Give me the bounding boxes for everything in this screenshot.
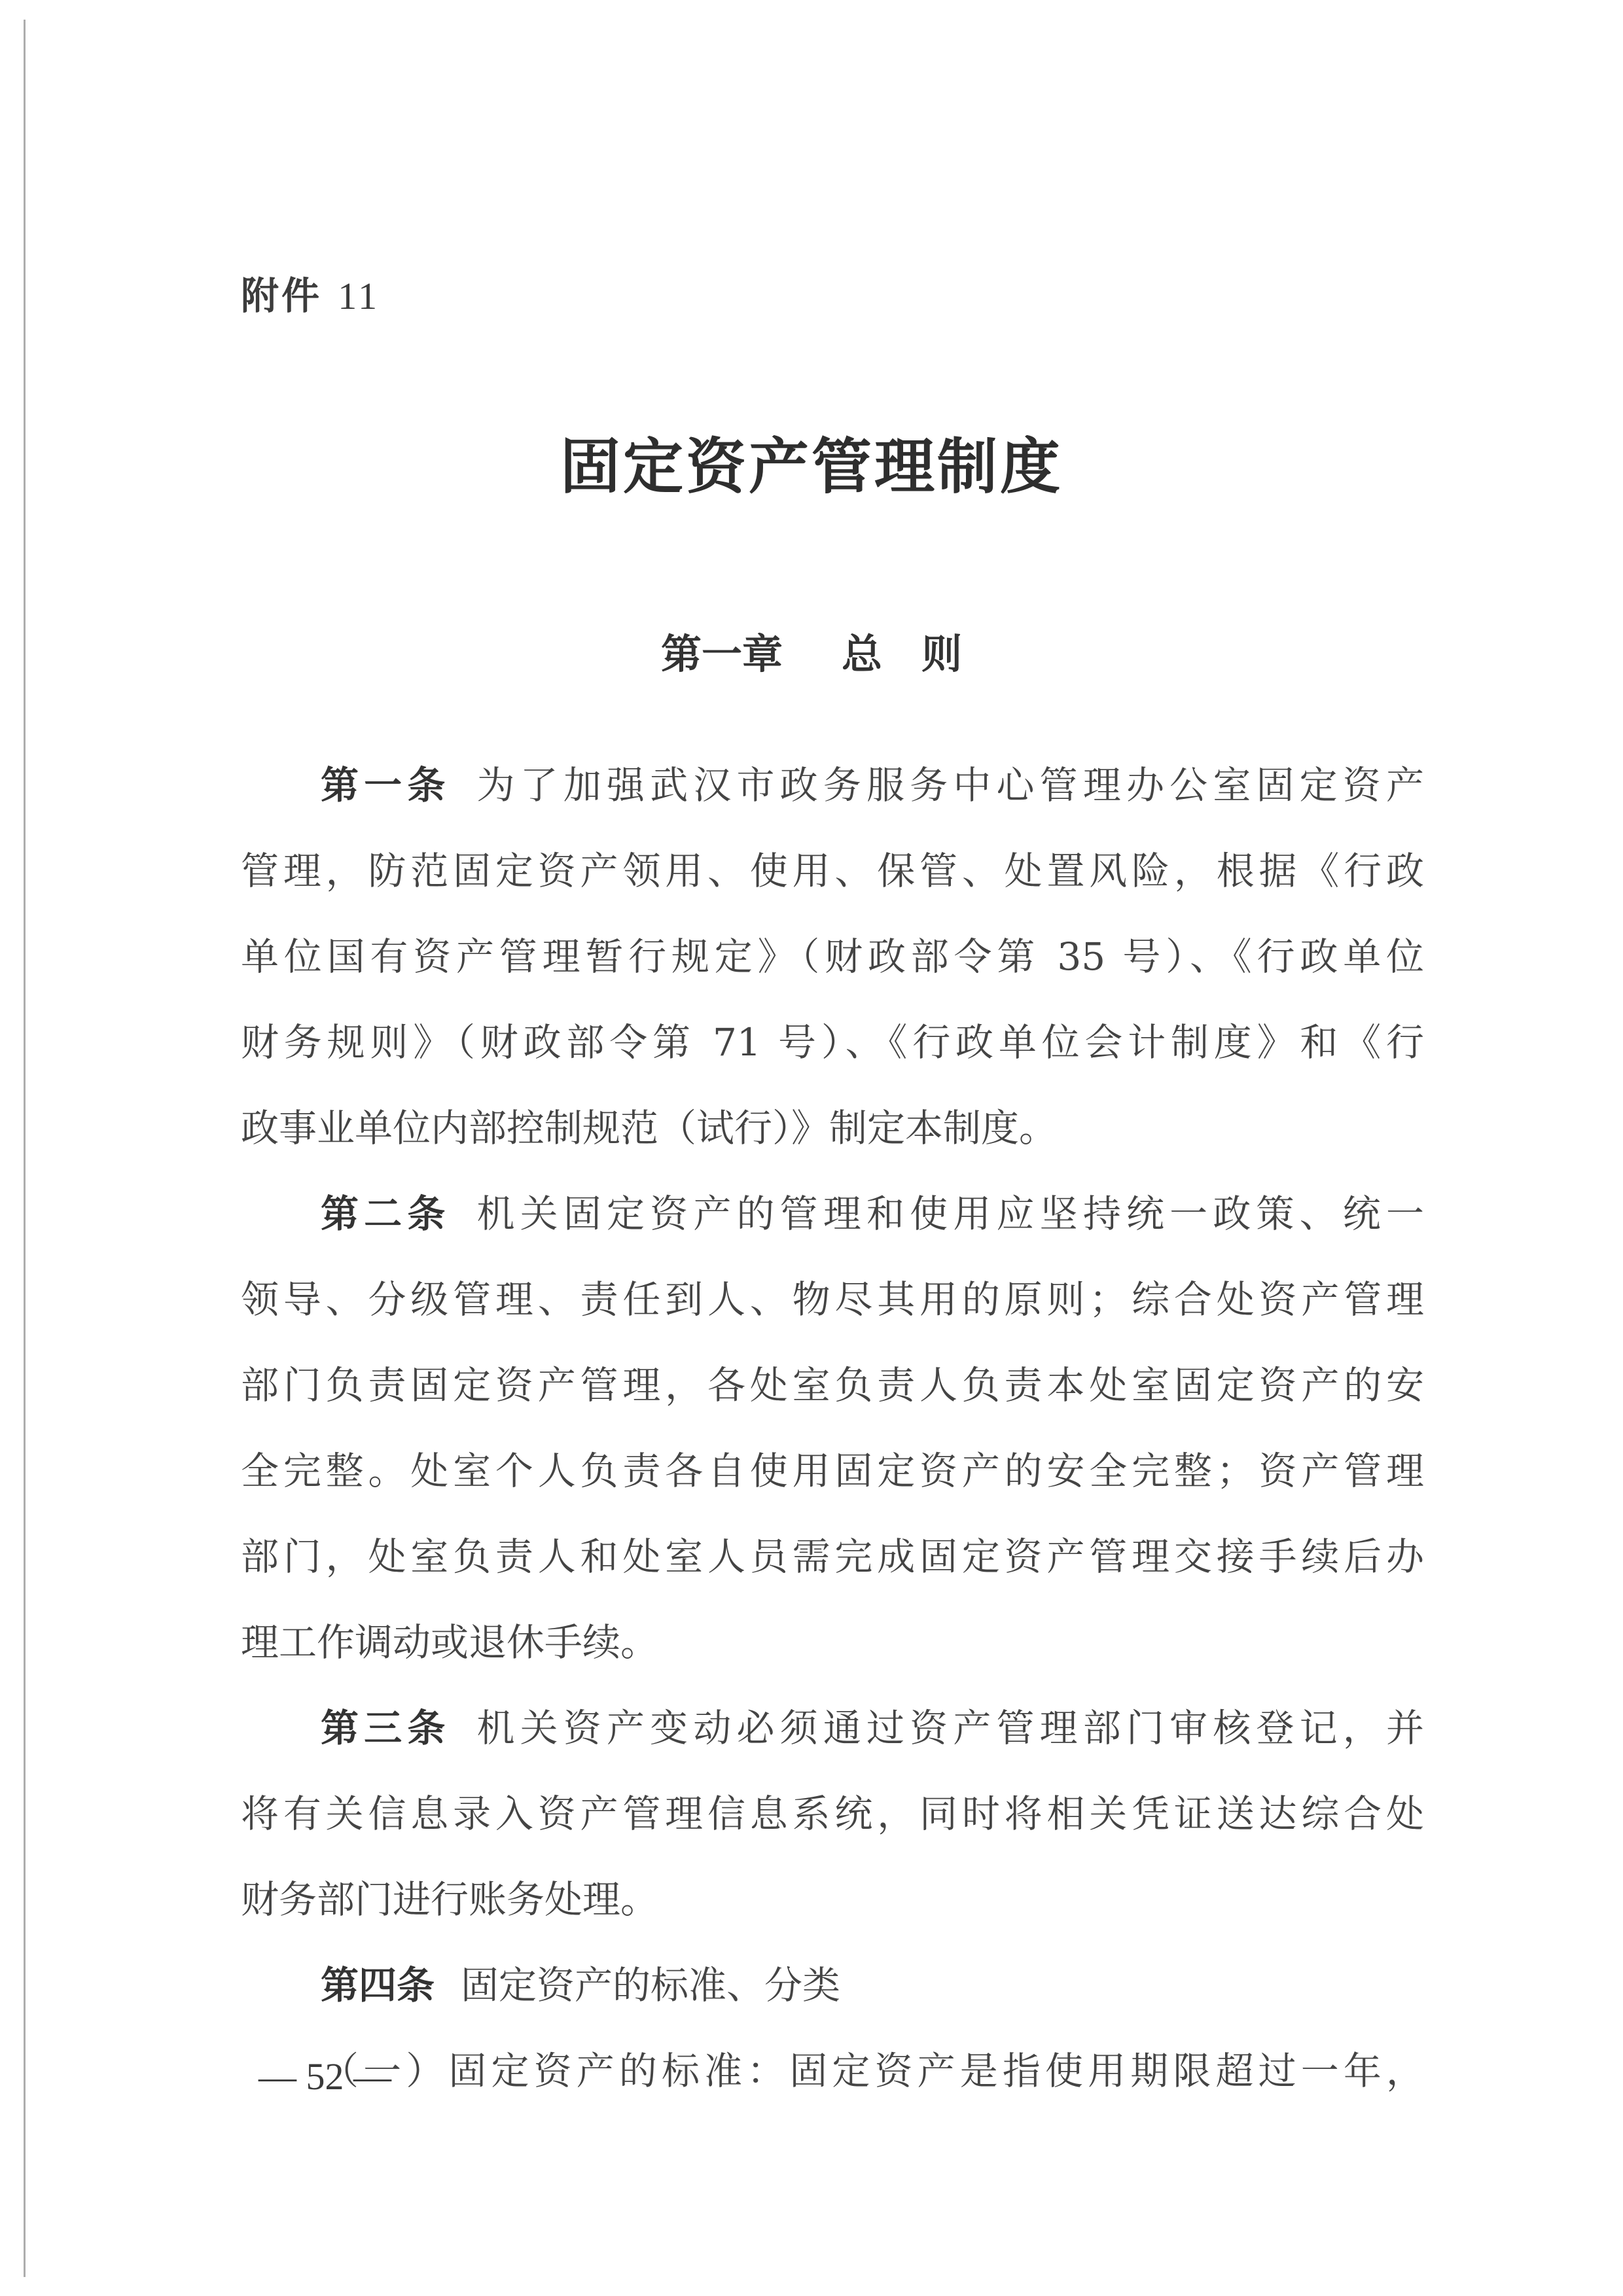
article-heading: 第一条 [321, 763, 451, 807]
article-2-line-4: 全完整。处室个人负责各自使用固定资产的安全完整；资产管理 [241, 1428, 1424, 1514]
article-3-line-3: 财务部门进行账务处理。 [241, 1857, 1424, 1943]
article-1-line-2: 管理，防范固定资产领用、使用、保管、处置风险，根据《行政 [241, 828, 1424, 914]
article-2-line-6: 理工作调动或退休手续。 [241, 1600, 1424, 1686]
article-1-line-4: 财务规则》（财政部令第 71 号）、《行政单位会计制度》和《行 [241, 1000, 1424, 1086]
attachment-word: 附件 [241, 274, 322, 318]
article-1-line-1: 第一条为了加强武汉市政务服务中心管理办公室固定资产 [241, 743, 1424, 828]
page-number: — 52 — [259, 2055, 391, 2098]
document-body: 第一条为了加强武汉市政务服务中心管理办公室固定资产 管理，防范固定资产领用、使用… [241, 743, 1424, 2114]
clause-1-line-1: （一）固定资产的标准：固定资产是指使用期限超过一年， [241, 2028, 1424, 2114]
article-heading: 第三条 [321, 1706, 451, 1750]
chapter-heading: 第一章总则 [0, 622, 1623, 680]
chapter-name-1: 总 [842, 630, 882, 678]
document-title: 固定资产管理制度 [0, 419, 1623, 505]
scan-edge-line [24, 20, 26, 2277]
article-2-line-5: 部门，处室负责人和处室人员需完成固定资产管理交接手续后办 [241, 1514, 1424, 1600]
article-heading: 第二条 [321, 1192, 451, 1236]
chapter-name-2: 则 [921, 630, 962, 678]
article-4-line-1: 第四条固定资产的标准、分类 [241, 1943, 1424, 2028]
article-1-line-5: 政事业单位内部控制规范（试行）》制定本制度。 [241, 1086, 1424, 1171]
article-2-line-3: 部门负责固定资产管理，各处室负责人负责本处室固定资产的安 [241, 1343, 1424, 1428]
article-heading: 第四条 [321, 1963, 435, 2007]
article-1-line-3: 单位国有资产管理暂行规定》（财政部令第 35 号）、《行政单位 [241, 914, 1424, 1000]
article-3-line-1: 第三条机关资产变动必须通过资产管理部门审核登记，并 [241, 1686, 1424, 1771]
attachment-number: 11 [338, 275, 380, 317]
article-3-line-2: 将有关信息录入资产管理信息系统，同时将相关凭证送达综合处 [241, 1771, 1424, 1857]
chapter-number: 第一章 [661, 630, 783, 678]
attachment-label: 附件 11 [241, 265, 380, 320]
article-2-line-2: 领导、分级管理、责任到人、物尽其用的原则；综合处资产管理 [241, 1257, 1424, 1343]
article-2-line-1: 第二条机关固定资产的管理和使用应坚持统一政策、统一 [241, 1171, 1424, 1257]
